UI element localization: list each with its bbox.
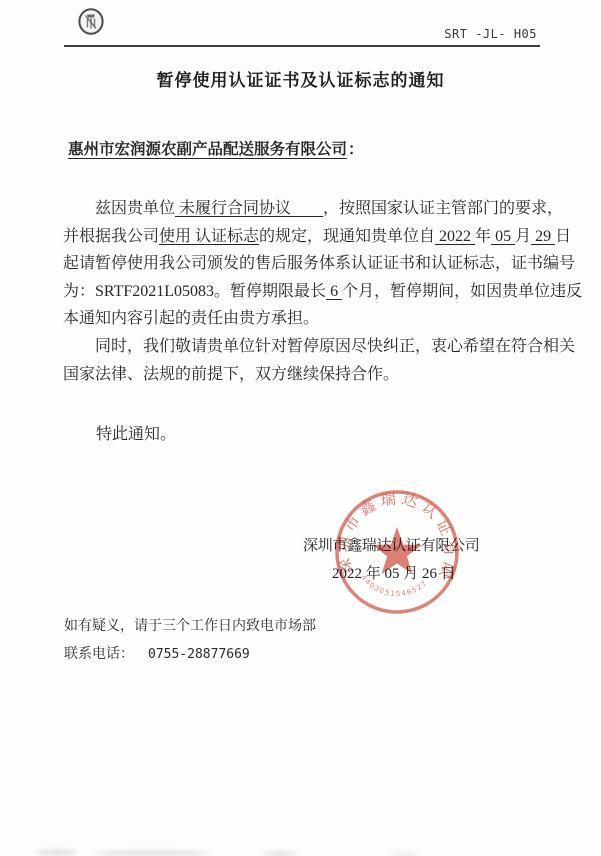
body-line: 兹因贵单位 未履行合同协议 ，按照国家认证主管部门的要求， [63,195,543,223]
closing-phrase: 特此通知。 [96,421,176,444]
body-line: 为：SRTF2021L05083。暂停期限最长 6 个月，暂停期间，如因贵单位违… [63,278,543,306]
document-page: SRT -JL- H05 暂停使用认证证书及认证标志的通知 惠州市宏润源农副产品… [0,0,601,856]
footer-notice: 如有疑义，请于三个工作日内致电市场部 [64,615,316,635]
doc-code: SRT -JL- H05 [444,27,537,41]
company-logo-icon [78,8,104,35]
seal-serial-number: 4403051546527 [359,574,429,599]
body-line: 同时，我们敬请贵单位针对暂停原因尽快纠正，衷心希望在符合相关 [63,333,543,361]
underlined-duration: 6 [326,283,342,300]
page-title: 暂停使用认证证书及认证标志的通知 [0,66,601,91]
underlined-fill-in: 使用 认证标志 [159,228,259,245]
seal-star-icon [372,527,421,574]
company-seal-stamp-icon: 深圳市鑫瑞达认证有限公司 4403051546527 [327,482,467,622]
scan-artifact [92,850,212,856]
phone-number: 0755-28877669 [148,647,250,662]
scan-artifact [262,851,298,856]
phone-label: 联系电话： [64,647,134,662]
scan-artifact [390,852,420,856]
recipient-colon: ： [348,141,364,158]
underlined-day: 29 [531,228,555,245]
footer-contact: 联系电话：0755-28877669 [64,643,250,663]
underlined-fill-in: 未履行合同协议 [175,200,323,217]
recipient-line: 惠州市宏润源农副产品配送服务有限公司： [62,137,364,159]
body-line: 本通知内容引起的责任由贵方承担。 [63,305,543,333]
notice-body: 兹因贵单位 未履行合同协议 ，按照国家认证主管部门的要求， 并根据我公司使用 认… [63,195,543,388]
body-line: 起请暂停使用我公司颁发的售后服务体系认证证书和认证标志，证书编号 [63,250,543,278]
underlined-year: 2022 [435,228,475,245]
svg-text:4403051546527: 4403051546527 [359,574,429,599]
underlined-month: 05 [491,228,515,245]
body-line: 并根据我公司使用 认证标志的规定，现通知贵单位自 2022 年 05 月 29 … [63,223,543,251]
seal-ring-text: 深圳市鑫瑞达认证有限公司 [327,482,459,585]
scan-artifact [36,849,78,856]
recipient-company-name: 惠州市宏润源农副产品配送服务有限公司 [62,141,348,158]
header-divider [64,45,540,47]
body-line: 国家法律、法规的前提下，双方继续保持合作。 [63,361,543,389]
svg-text:深圳市鑫瑞达认证有限公司: 深圳市鑫瑞达认证有限公司 [327,482,459,585]
